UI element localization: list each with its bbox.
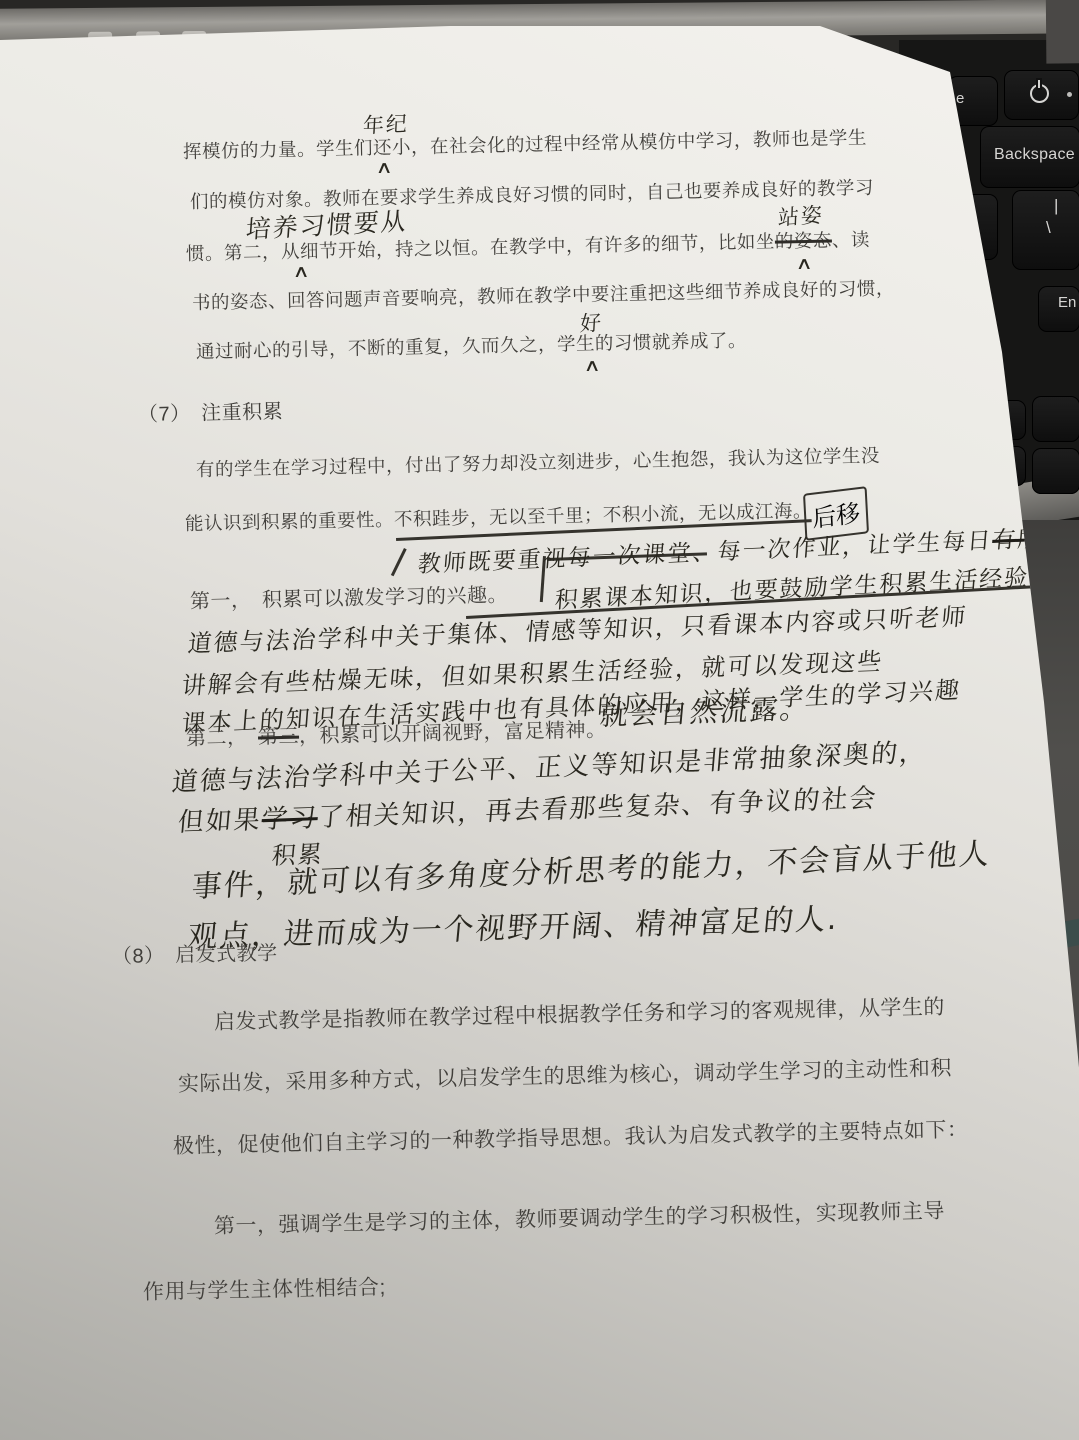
enter-key-label: En [1058, 294, 1079, 311]
insertion-caret: ∧ [584, 356, 601, 376]
power-icon [1030, 84, 1049, 103]
printed-line: 实际出发，采用多种方式，以启发学生的思维为核心，调动学生学习的主动性和积 [178, 1052, 952, 1098]
photo-scene: e Backspace | \ En 挥模仿的力量。学生们还小，在社会化的过程中… [0, 0, 1079, 1440]
printed-text: ，积累可以开阔视野，富足精神。 [299, 719, 607, 747]
printed-line: 作用与学生主体性相结合; [143, 1271, 386, 1306]
section-heading-8: （8） 启发式教学 [112, 937, 278, 969]
strikethrough-text: 第三 [258, 726, 299, 749]
section-heading-7: （7） 注重积累 [138, 395, 284, 427]
key-partial [1032, 448, 1079, 494]
handwritten-text: 了相关知识，再去看那些复杂、有争议的社会 [316, 784, 878, 834]
printed-line: 启发式教学是指教师在教学过程中根据教学任务和学习的客观规律，从学生的 [214, 991, 945, 1036]
pipe-key-label: | [1054, 196, 1079, 216]
handwritten-text: 但如果 [176, 805, 263, 838]
insertion-mark-stroke [391, 548, 407, 576]
printed-text: 第二， [186, 726, 258, 750]
printed-line: 极性，促使他们自主学习的一种教学指导思想。我认为启发式教学的主要特点如下： [173, 1113, 969, 1160]
document-paper: 挥模仿的力量。学生们还小，在社会化的过程中经常从模仿中学习，教师也是学生 年纪 … [0, 0, 1079, 1440]
insertion-caret: ∧ [796, 254, 813, 274]
strikethrough-text: 的姿态 [775, 229, 832, 251]
handwritten-annotation-nianji: 年纪 [362, 108, 410, 141]
power-led-dot [1067, 92, 1072, 97]
handwritten-line: 观点，进而成为一个视野开阔、精神富足的人. [186, 894, 841, 956]
insertion-caret: ∧ [376, 158, 393, 178]
enter-key-partial: En [1038, 286, 1079, 332]
key-partial [1032, 396, 1079, 442]
backspace-key-label: Backspace [994, 146, 1079, 164]
power-key [1004, 70, 1079, 120]
pipe-backslash-key: | \ [1012, 190, 1079, 270]
printed-text: 、读 [832, 229, 870, 251]
printed-line: 通过耐心的引导，不断的重复，久而久之，学生的习惯就养成了。 [196, 326, 747, 364]
handwritten-line: 就会自然流露。 [598, 687, 811, 734]
printed-line: 挥模仿的力量。学生们还小，在社会化的过程中经常从模仿中学习，教师也是学生 [183, 124, 867, 164]
delete-key-label: e [956, 90, 998, 107]
backspace-key: Backspace [980, 126, 1079, 188]
handwritten-strikethrough: 学习 [260, 803, 319, 835]
printed-line: 有的学生在学习过程中，付出了努力却没立刻进步，心生抱怨，我认为这位学生没 [196, 442, 880, 482]
handwritten-annotation-hao: 好 [579, 307, 604, 338]
hinge-end-cap [1046, 0, 1079, 64]
printed-line: 第一，强调学生是学习的主体，教师要调动学生的学习积极性，实现教师主导 [214, 1195, 945, 1240]
backslash-key-label: \ [1046, 218, 1079, 238]
insertion-caret: ∧ [293, 262, 310, 282]
printed-line: 能认识到积累的重要性。不积跬步，无以至千里；不积小流，无以成江海。 [185, 497, 812, 536]
printed-line: 第一， 积累可以激发学习的兴趣。 [190, 578, 509, 614]
